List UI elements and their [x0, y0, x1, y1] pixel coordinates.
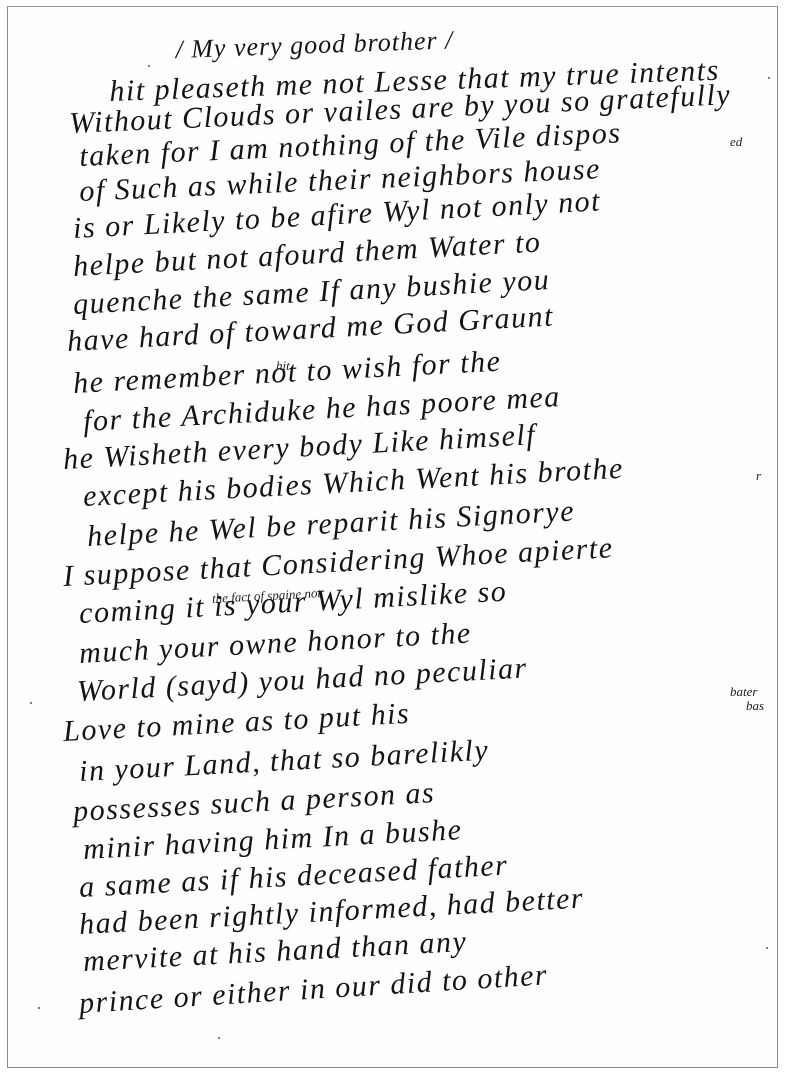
manuscript-page: / My very good brother / hit pleaseth me…: [7, 6, 778, 1068]
scan-speck: [38, 1007, 40, 1009]
scan-speck: [148, 65, 150, 67]
scan-speck: [766, 947, 768, 949]
salutation: / My very good brother /: [175, 27, 454, 63]
scan-speck: [768, 77, 770, 79]
interlinear-insertion: hit: [276, 359, 290, 372]
interlinear-insertion: r: [756, 469, 761, 482]
interlinear-insertion: ed: [730, 135, 742, 148]
interlinear-insertion: bas: [746, 699, 764, 712]
scan-speck: [218, 1037, 220, 1039]
scan-speck: [30, 702, 32, 704]
interlinear-insertion: bater: [730, 685, 757, 698]
